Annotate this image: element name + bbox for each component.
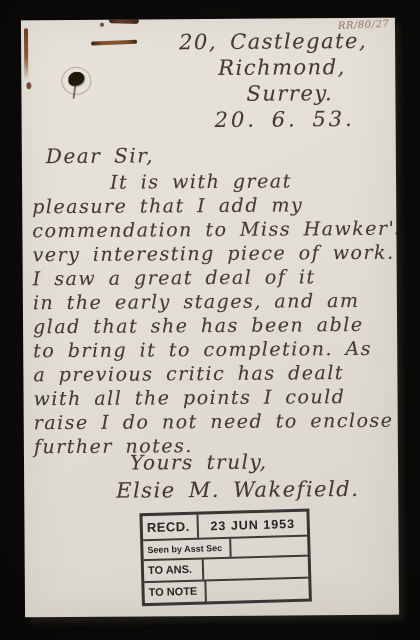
salutation: Dear Sir, <box>46 143 154 168</box>
letter-paper: RR/80/27 20, Castlegate, Richmond, Surre… <box>21 18 399 618</box>
letter-body: It is with great pleasure that I add my … <box>32 169 399 460</box>
closing: Yours truly, <box>130 450 268 475</box>
address-block: 20, Castlegate, Richmond, Surrey. 20. 6.… <box>179 28 368 133</box>
rust-mark-left-edge <box>24 28 28 80</box>
received-stamp: RECD. 23 JUN 1953 Seen by Asst Sec TO AN… <box>139 509 312 607</box>
rust-mark-left-dot <box>26 82 31 89</box>
rust-streak <box>91 40 137 46</box>
body-line: I saw a great deal of it <box>33 265 399 292</box>
address-line: Richmond, <box>218 54 367 81</box>
stamp-date-value: 23 JUN 1953 <box>198 512 307 538</box>
stamp-row-to-note: TO NOTE <box>144 579 308 604</box>
stamp-label: Seen by Asst Sec <box>143 539 231 559</box>
body-line: in the early stages, and am <box>33 289 399 316</box>
stamp-value <box>204 557 309 580</box>
body-line: to bring it to completion. As <box>33 337 399 364</box>
stamp-label: TO ANS. <box>144 560 205 582</box>
body-line: very interesting piece of work. <box>32 241 399 268</box>
date-line: 20. 6. 53. <box>215 106 368 133</box>
stamp-value <box>231 537 307 557</box>
body-line: a previous critic has dealt <box>33 361 399 388</box>
tear-mark-dot <box>100 23 104 27</box>
body-line: commendation to Miss Hawker's <box>32 217 399 244</box>
stamp-label: TO NOTE <box>144 581 207 603</box>
stamp-value <box>206 579 309 602</box>
photo-background: RR/80/27 20, Castlegate, Richmond, Surre… <box>0 0 420 640</box>
address-line: 20, Castlegate, <box>179 28 367 55</box>
paper-hole <box>61 67 93 103</box>
tear-mark <box>109 18 139 24</box>
signature: Elsie M. Wakefield. <box>116 477 359 503</box>
body-line: pleasure that I add my <box>32 193 399 220</box>
stamp-label: RECD. <box>142 515 199 540</box>
body-line: It is with great <box>32 169 399 196</box>
body-line: with all the points I could <box>33 385 399 412</box>
body-line: raise I do not need to enclose <box>34 409 399 436</box>
address-line: Surrey. <box>246 80 367 107</box>
body-line: glad that she has been able <box>33 313 399 340</box>
